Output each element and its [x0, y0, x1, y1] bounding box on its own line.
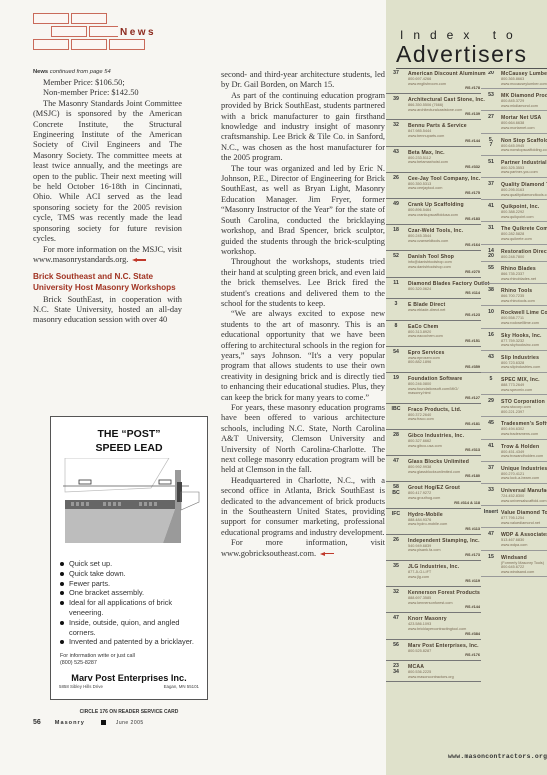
advertiser-page-number: 20: [482, 71, 500, 77]
reader-service-number: RS #173: [408, 553, 481, 558]
advertiser-contact: www.rockwelllime.com: [501, 321, 547, 326]
advertiser-page-number: 31: [482, 226, 500, 232]
advertiser-entry[interactable]: 32Bennu Parts & Service847.985.5444www.b…: [386, 123, 481, 146]
advertiser-contact: www.masoncontractors.org: [408, 675, 481, 680]
ad-company-name: Marv Post Enterprises Inc.: [51, 673, 207, 683]
reader-service-number: RS #127: [408, 396, 481, 401]
brick-graphic: [71, 13, 107, 24]
advertiser-entry[interactable]: 47WDP & Associates513.467.6830www.wdpa.c…: [481, 532, 547, 550]
advertisement-box: THE “POST” SPEED LEAD Quick s: [50, 416, 208, 700]
news-section-header: News: [33, 13, 193, 53]
advertiser-contact: www.mortarnet.com: [501, 126, 547, 131]
magazine-name: Masonry: [55, 720, 85, 726]
section-title: News: [120, 27, 156, 38]
advertiser-entry[interactable]: 41Quikpoint, Inc.800.388.2292www.quikpoi…: [481, 204, 547, 222]
article-left-column: News continued from page 54 Member Price…: [33, 69, 182, 326]
reader-service-number: RS #359: [408, 365, 481, 370]
reader-service-number: RS #123: [408, 313, 481, 318]
ad-info-text: For information write or just call: [60, 653, 207, 660]
reader-service-number: RS #175: [408, 191, 481, 196]
page-number: 56: [33, 719, 41, 726]
advertiser-contact: www.mccauseylumber.com: [501, 82, 547, 87]
advertiser-entry[interactable]: 10Rockwell Lime Company800.558.7711www.r…: [481, 310, 547, 328]
reader-service-number: RS #314 & 118: [408, 501, 481, 506]
advertiser-page-number: 47: [387, 459, 405, 465]
ad-feature: Inside, outside, quion, and angled corne…: [59, 618, 207, 638]
ad-feature-list: Quick set up. Quick take down. Fewer par…: [59, 559, 207, 647]
paragraph: Throughout the workshops, students tried…: [221, 257, 385, 309]
advertiser-entry[interactable]: 37Unique Industries800.270.4121www.lock-…: [481, 466, 547, 484]
advertiser-contact: www.nonstopscaffolding.com: [501, 148, 547, 153]
reader-service-number: RS #178: [408, 86, 481, 91]
advertiser-page-number: 55: [482, 266, 500, 272]
paragraph: As part of the continuing education prog…: [221, 91, 385, 164]
index-to-advertisers: Index to Advertisers 37American Discount…: [386, 0, 547, 775]
advertiser-page-number: 5, 7: [482, 138, 500, 149]
advertiser-name: Marv Post Enterprises, Inc.: [408, 643, 481, 649]
advertiser-entry[interactable]: 5, 7Non Stop Scaffolding800.645.0945www.…: [481, 138, 547, 156]
advertiser-entry[interactable]: 43Beta Max, Inc.800.233.5112www.betamaxh…: [386, 150, 481, 173]
advertiser-entry[interactable]: 27Mortar Net USA800.664.6638www.mortarne…: [481, 115, 547, 133]
advertiser-entry[interactable]: 51Partner Industrial800.325.3553www.part…: [481, 160, 547, 178]
paragraph: For more information on the MSJC, visit …: [33, 245, 182, 266]
reader-service-number: RS #119: [408, 579, 481, 584]
advertiser-contact: www.specmix.com: [501, 388, 547, 393]
ad-city: Eagan, MN 55101: [164, 684, 199, 689]
advertiser-entry[interactable]: 29STO Corporationwww.stocorp.com800.221.…: [481, 399, 547, 417]
index-title-line1: Index to: [400, 28, 523, 42]
advertiser-entry[interactable]: 41Trow & Holden800.451.4349www.trowandho…: [481, 444, 547, 462]
advertiser-entry[interactable]: 28Gibco Industries, Inc.800.327.6662www.…: [386, 433, 481, 456]
advertiser-page-number: 11: [387, 281, 405, 287]
paragraph: Brick SouthEast, in cooperation with N.C…: [33, 295, 182, 326]
advertiser-page-number: 37: [482, 466, 500, 472]
magazine-page: News News continued from page 54 Member …: [0, 0, 547, 775]
advertiser-page-number: 41: [482, 444, 500, 450]
advertiser-entry[interactable]: 26Cee-Jay Tool Company, Inc.800.350.5313…: [386, 176, 481, 199]
issue-date: June 2005: [116, 720, 144, 726]
advertiser-entry[interactable]: 14 20Restoration Directory800.248.7800: [481, 249, 547, 263]
advertiser-entry[interactable]: 20McCausey Lumber800.365.8663www.mccause…: [481, 71, 547, 89]
nonmember-price: Non-member Price: $142.50: [33, 88, 182, 98]
advertiser-entry[interactable]: 53MK Diamond Products800.845.3729www.mkd…: [481, 93, 547, 111]
paragraph: The Masonry Standards Joint Committee (M…: [33, 99, 182, 245]
advertiser-page-number: 27: [482, 115, 500, 121]
advertiser-page-number: 43: [387, 150, 405, 156]
ad-title-line1: THE “POST”: [51, 427, 207, 441]
advertiser-contact: www.qualitydiamondtools.com: [501, 193, 547, 198]
advertiser-contact: 800.248.7800: [501, 255, 547, 260]
advertiser-entry[interactable]: 11Diamond Blades Factory Outlet800.320.0…: [386, 281, 481, 300]
advertiser-entry[interactable]: 15Windsand(Formerly Masonry Tools)800.64…: [481, 555, 547, 578]
advertiser-page-number: 39: [387, 97, 405, 103]
brick-graphic: [33, 39, 69, 50]
reader-service-note: CIRCLE 176 ON READER SERVICE CARD: [50, 709, 208, 715]
reader-service-number: RS #384: [408, 632, 481, 637]
advertiser-page-number: 38: [482, 288, 500, 294]
paragraph: “We are always excited to expose new stu…: [221, 309, 385, 403]
article-middle-column: second- and third-year architecture stud…: [221, 70, 385, 559]
advertiser-entry[interactable]: 58 BCGrout Hog/EZ Grout800.417.9272www.g…: [386, 485, 481, 508]
reader-service-number: RS #181: [408, 422, 481, 427]
ad-feature: Fewer parts.: [59, 579, 207, 589]
advertiser-contact: www.wdpa.com: [501, 543, 547, 548]
advertiser-entry[interactable]: 56Marv Post Enterprises, Inc.800.525.828…: [386, 643, 481, 662]
speed-lead-illustration: [59, 458, 199, 553]
ad-feature: Quick set up.: [59, 559, 207, 569]
advertiser-entry[interactable]: 52Danish Tool Shopinfo@danishtoolshop.co…: [386, 254, 481, 277]
advertiser-contact: www.quikrete.com: [501, 237, 547, 242]
advertiser-contact: www.rhinoblades.net: [501, 277, 547, 282]
website-url[interactable]: www.masoncontractors.org: [448, 753, 547, 760]
reader-service-number: RS #176: [408, 653, 481, 658]
advertiser-name: Sky Hooks, Inc.: [501, 333, 547, 339]
advertiser-contact: www.valuediamond.net: [501, 521, 547, 526]
ad-feature: Invented and patented by a bricklayer.: [59, 637, 207, 647]
advertiser-entry[interactable]: 47Knorr Masonry423.586.1093www.bricklaye…: [386, 616, 481, 639]
paragraph: The tour was organized and led by Eric N…: [221, 164, 385, 258]
advertiser-contact: www.slipindustries.com: [501, 365, 547, 370]
ad-feature: One bracket assembly.: [59, 588, 207, 598]
advertiser-contact: www.partner-you.com: [501, 170, 547, 175]
advertiser-page-number: 53: [482, 93, 500, 99]
ad-street: 5858 Sibley Hills Drive: [59, 684, 103, 689]
advertiser-entry[interactable]: 26Independent Stamping, Inc.540.949.6839…: [386, 538, 481, 561]
advertiser-entry[interactable]: 37Quality Diamond Tools800.295.0163www.q…: [481, 182, 547, 200]
advertiser-contact: www.universalscaffold.com: [501, 499, 547, 504]
advertiser-page-number: 19: [387, 376, 405, 382]
advertiser-page-number: 14 20: [482, 249, 500, 260]
advertiser-page-number: 28: [387, 433, 405, 439]
advertiser-name: Diamond Blades Factory Outlet: [408, 281, 481, 287]
advertiser-name: Non Stop Scaffolding: [501, 138, 547, 144]
advertiser-contact: www.skyhooksinc.com: [501, 343, 547, 348]
continued-prefix: News: [33, 69, 48, 75]
paragraph: For years, these masonry education progr…: [221, 403, 385, 476]
advertiser-entry[interactable]: 8EaCo Chem800.313.8920www.eacochem.comRS…: [386, 324, 481, 347]
reader-service-number: RS #113: [408, 527, 481, 532]
paragraph: second- and third-year architecture stud…: [221, 70, 385, 91]
advertiser-page-number: 26: [387, 176, 405, 182]
advertiser-page-number: 58 BC: [387, 485, 405, 496]
reader-service-number: RS #313: [408, 448, 481, 453]
advertiser-entry[interactable]: 23 34MCAA800.536.2225www.masoncontractor…: [386, 664, 481, 682]
advertiser-contact: www.windsand.com: [501, 570, 547, 575]
page-footer: 56 Masonry June 2005: [33, 719, 144, 726]
advertiser-page-number: 37: [482, 182, 500, 188]
continued-text: continued from page 54: [50, 69, 111, 75]
advertiser-entry[interactable]: 19Foundation Software800.246.0800www.fou…: [386, 376, 481, 404]
advertiser-page-number: 23 34: [387, 664, 405, 675]
advertiser-page-number: 41: [482, 204, 500, 210]
index-title-line2: Advertisers: [396, 41, 528, 68]
advertiser-entry[interactable]: 5SPEC MIX, Inc.888.773.2649www.specmix.c…: [481, 377, 547, 395]
member-price: Member Price: $106.50;: [33, 78, 182, 88]
red-arrow-icon: [320, 551, 334, 557]
advertiser-entry[interactable]: 55Rhino Blades866.735.2337www.rhinoblade…: [481, 266, 547, 284]
advertiser-page-number: 26: [387, 538, 405, 544]
advertiser-page-number: 29: [482, 399, 500, 405]
advertiser-contact: www.quikpoint.com: [501, 215, 547, 220]
reader-service-number: RS #270: [408, 270, 481, 275]
ad-contact-info: For information write or just call (800)…: [60, 653, 207, 667]
reader-service-number: RS #144: [408, 139, 481, 144]
reader-service-number: RS #114: [408, 291, 481, 296]
brick-southeast-link-text[interactable]: For more information, visit www.gobricks…: [221, 538, 385, 557]
advertiser-page-number: 37: [387, 71, 405, 77]
reader-service-number: RS #180: [408, 474, 481, 479]
advertiser-entry[interactable]: 47Glass Blocks Unlimited800.992.9938www.…: [386, 459, 481, 482]
advertiser-page-number: 52: [387, 254, 405, 260]
advertiser-contact: www.lock-a-beam.com: [501, 476, 547, 481]
continued-note: News continued from page 54: [33, 69, 182, 75]
advertiser-page-number: 5: [482, 377, 500, 383]
advertiser-name: Restoration Directory: [501, 249, 547, 255]
advertiser-page-number: 45: [482, 421, 500, 427]
advertiser-name: Independent Stamping, Inc.: [408, 538, 481, 544]
advertiser-entry[interactable]: 16Sky Hooks, Inc.877.759.3232www.skyhook…: [481, 333, 547, 351]
msjc-link-text[interactable]: For more information on the MSJC, visit …: [33, 245, 182, 264]
advertiser-entry[interactable]: InsertValue Diamond Tools877.795.1254www…: [481, 510, 547, 528]
advertiser-page-number: 3: [387, 302, 405, 308]
brick-graphic: [109, 39, 145, 50]
ad-title-line2: SPEED LEAD: [51, 441, 207, 455]
advertiser-page-number: 10: [482, 310, 500, 316]
square-divider-icon: [101, 720, 106, 725]
brick-graphic: [89, 26, 118, 37]
advertiser-entry[interactable]: 3E Blade Directwww.eblade-direct.netRS #…: [386, 302, 481, 321]
reader-service-number: RS #183: [408, 217, 481, 222]
advertiser-page-number: 49: [387, 202, 405, 208]
reader-service-number: RS #332: [408, 165, 481, 170]
ad-feature: Quick take down.: [59, 569, 207, 579]
advertiser-entry[interactable]: 54Epro Serviceswww.eproserv.com800.882.1…: [386, 350, 481, 373]
advertiser-page-number: 8: [387, 324, 405, 330]
advertiser-page-number: 51: [482, 160, 500, 166]
divider: [396, 68, 547, 69]
advertiser-entry[interactable]: 33Universal Manufacturing Corp.724.452.8…: [481, 488, 547, 506]
advertiser-page-number: 33: [482, 488, 500, 494]
advertiser-page-number: 32: [387, 123, 405, 129]
advertiser-page-number: 35: [387, 564, 405, 570]
reader-service-number: RS #164: [408, 243, 481, 248]
advertiser-page-number: 43: [482, 355, 500, 361]
paragraph: Headquartered in Charlotte, N.C., with a…: [221, 476, 385, 538]
ad-address: 5858 Sibley Hills Drive Eagan, MN 55101: [59, 684, 199, 689]
advertiser-contact: www.rhinotools.com: [501, 299, 547, 304]
advertiser-contact: www.trowandholden.com: [501, 454, 547, 459]
advertiser-page-number: IFC: [387, 512, 405, 518]
paragraph: For more information, visit www.gobricks…: [221, 538, 385, 559]
advertiser-column-1: 37American Discount Aluminum800.697.4266…: [386, 71, 481, 685]
advertiser-name: Cee-Jay Tool Company, Inc.: [408, 176, 481, 182]
advertiser-entry[interactable]: 32Kennerson Forest Products888.697.3585w…: [386, 590, 481, 613]
advertiser-column-2: 20McCausey Lumber800.365.8663www.mccause…: [481, 71, 547, 581]
advertiser-entry[interactable]: 37American Discount Aluminum800.697.4266…: [386, 71, 481, 94]
advertiser-entry[interactable]: 45Tradesmen's Software800.494.6302www.tr…: [481, 421, 547, 439]
reader-service-number: RS #139: [408, 112, 481, 117]
advertiser-entry[interactable]: 35JLG Industries, Inc.877.JLG.LIFTwww.jl…: [386, 564, 481, 587]
article-subhead: Brick Southeast and N.C. State Universit…: [33, 272, 182, 293]
advertiser-page-number: 16: [482, 333, 500, 339]
advertiser-name: Unique Industries: [501, 466, 547, 472]
advertiser-contact: www.mkdiamond.com: [501, 104, 547, 109]
advertiser-page-number: 18: [387, 228, 405, 234]
brick-wall-illustration-icon: [59, 458, 201, 553]
brick-graphic: [33, 13, 69, 24]
advertiser-page-number: 54: [387, 350, 405, 356]
advertiser-page-number: 15: [482, 555, 500, 561]
red-arrow-icon: [132, 257, 146, 263]
advertiser-entry[interactable]: IBCFraco Products, Ltd.800.372.2640www.f…: [386, 407, 481, 430]
advertiser-page-number: IBC: [387, 407, 405, 413]
reader-service-number: RS #144: [408, 605, 481, 610]
advertiser-page-number: 56: [387, 643, 405, 649]
advertiser-page-number: Insert: [482, 510, 500, 516]
advertiser-entry[interactable]: 38Rhino Tools866.700.7235www.rhinotools.…: [481, 288, 547, 306]
ad-feature: Ideal for all applications of brick vene…: [59, 598, 207, 618]
advertiser-page-number: 47: [387, 616, 405, 622]
advertiser-contact: www.tradesmens.com: [501, 432, 547, 437]
advertiser-page-number: 47: [482, 532, 500, 538]
advertiser-entry[interactable]: IFCHydro-Mobile888.484.9376www.hydro-mob…: [386, 512, 481, 535]
advertiser-entry[interactable]: 18Czar-Weld Tools, Inc.800.245.3544www.c…: [386, 228, 481, 251]
brick-graphic: [51, 26, 87, 37]
advertiser-contact: 800.221.2397: [501, 410, 547, 415]
advertiser-entry[interactable]: 43Slip Industries800.723.6328www.slipind…: [481, 355, 547, 373]
advertiser-entry[interactable]: 39Architectural Cast Stone, Inc.866.350.…: [386, 97, 481, 120]
reader-service-number: RS #151: [408, 339, 481, 344]
advertiser-page-number: 32: [387, 590, 405, 596]
advertiser-entry[interactable]: 31The Quikrete Companies800.282.5828www.…: [481, 226, 547, 244]
advertiser-name: Partner Industrial: [501, 160, 547, 166]
advertiser-entry[interactable]: 49Crank Up Scaffolding800.896.5464www.cr…: [386, 202, 481, 225]
ad-phone: (800) 525-8287: [60, 660, 207, 667]
brick-graphic: [71, 39, 107, 50]
